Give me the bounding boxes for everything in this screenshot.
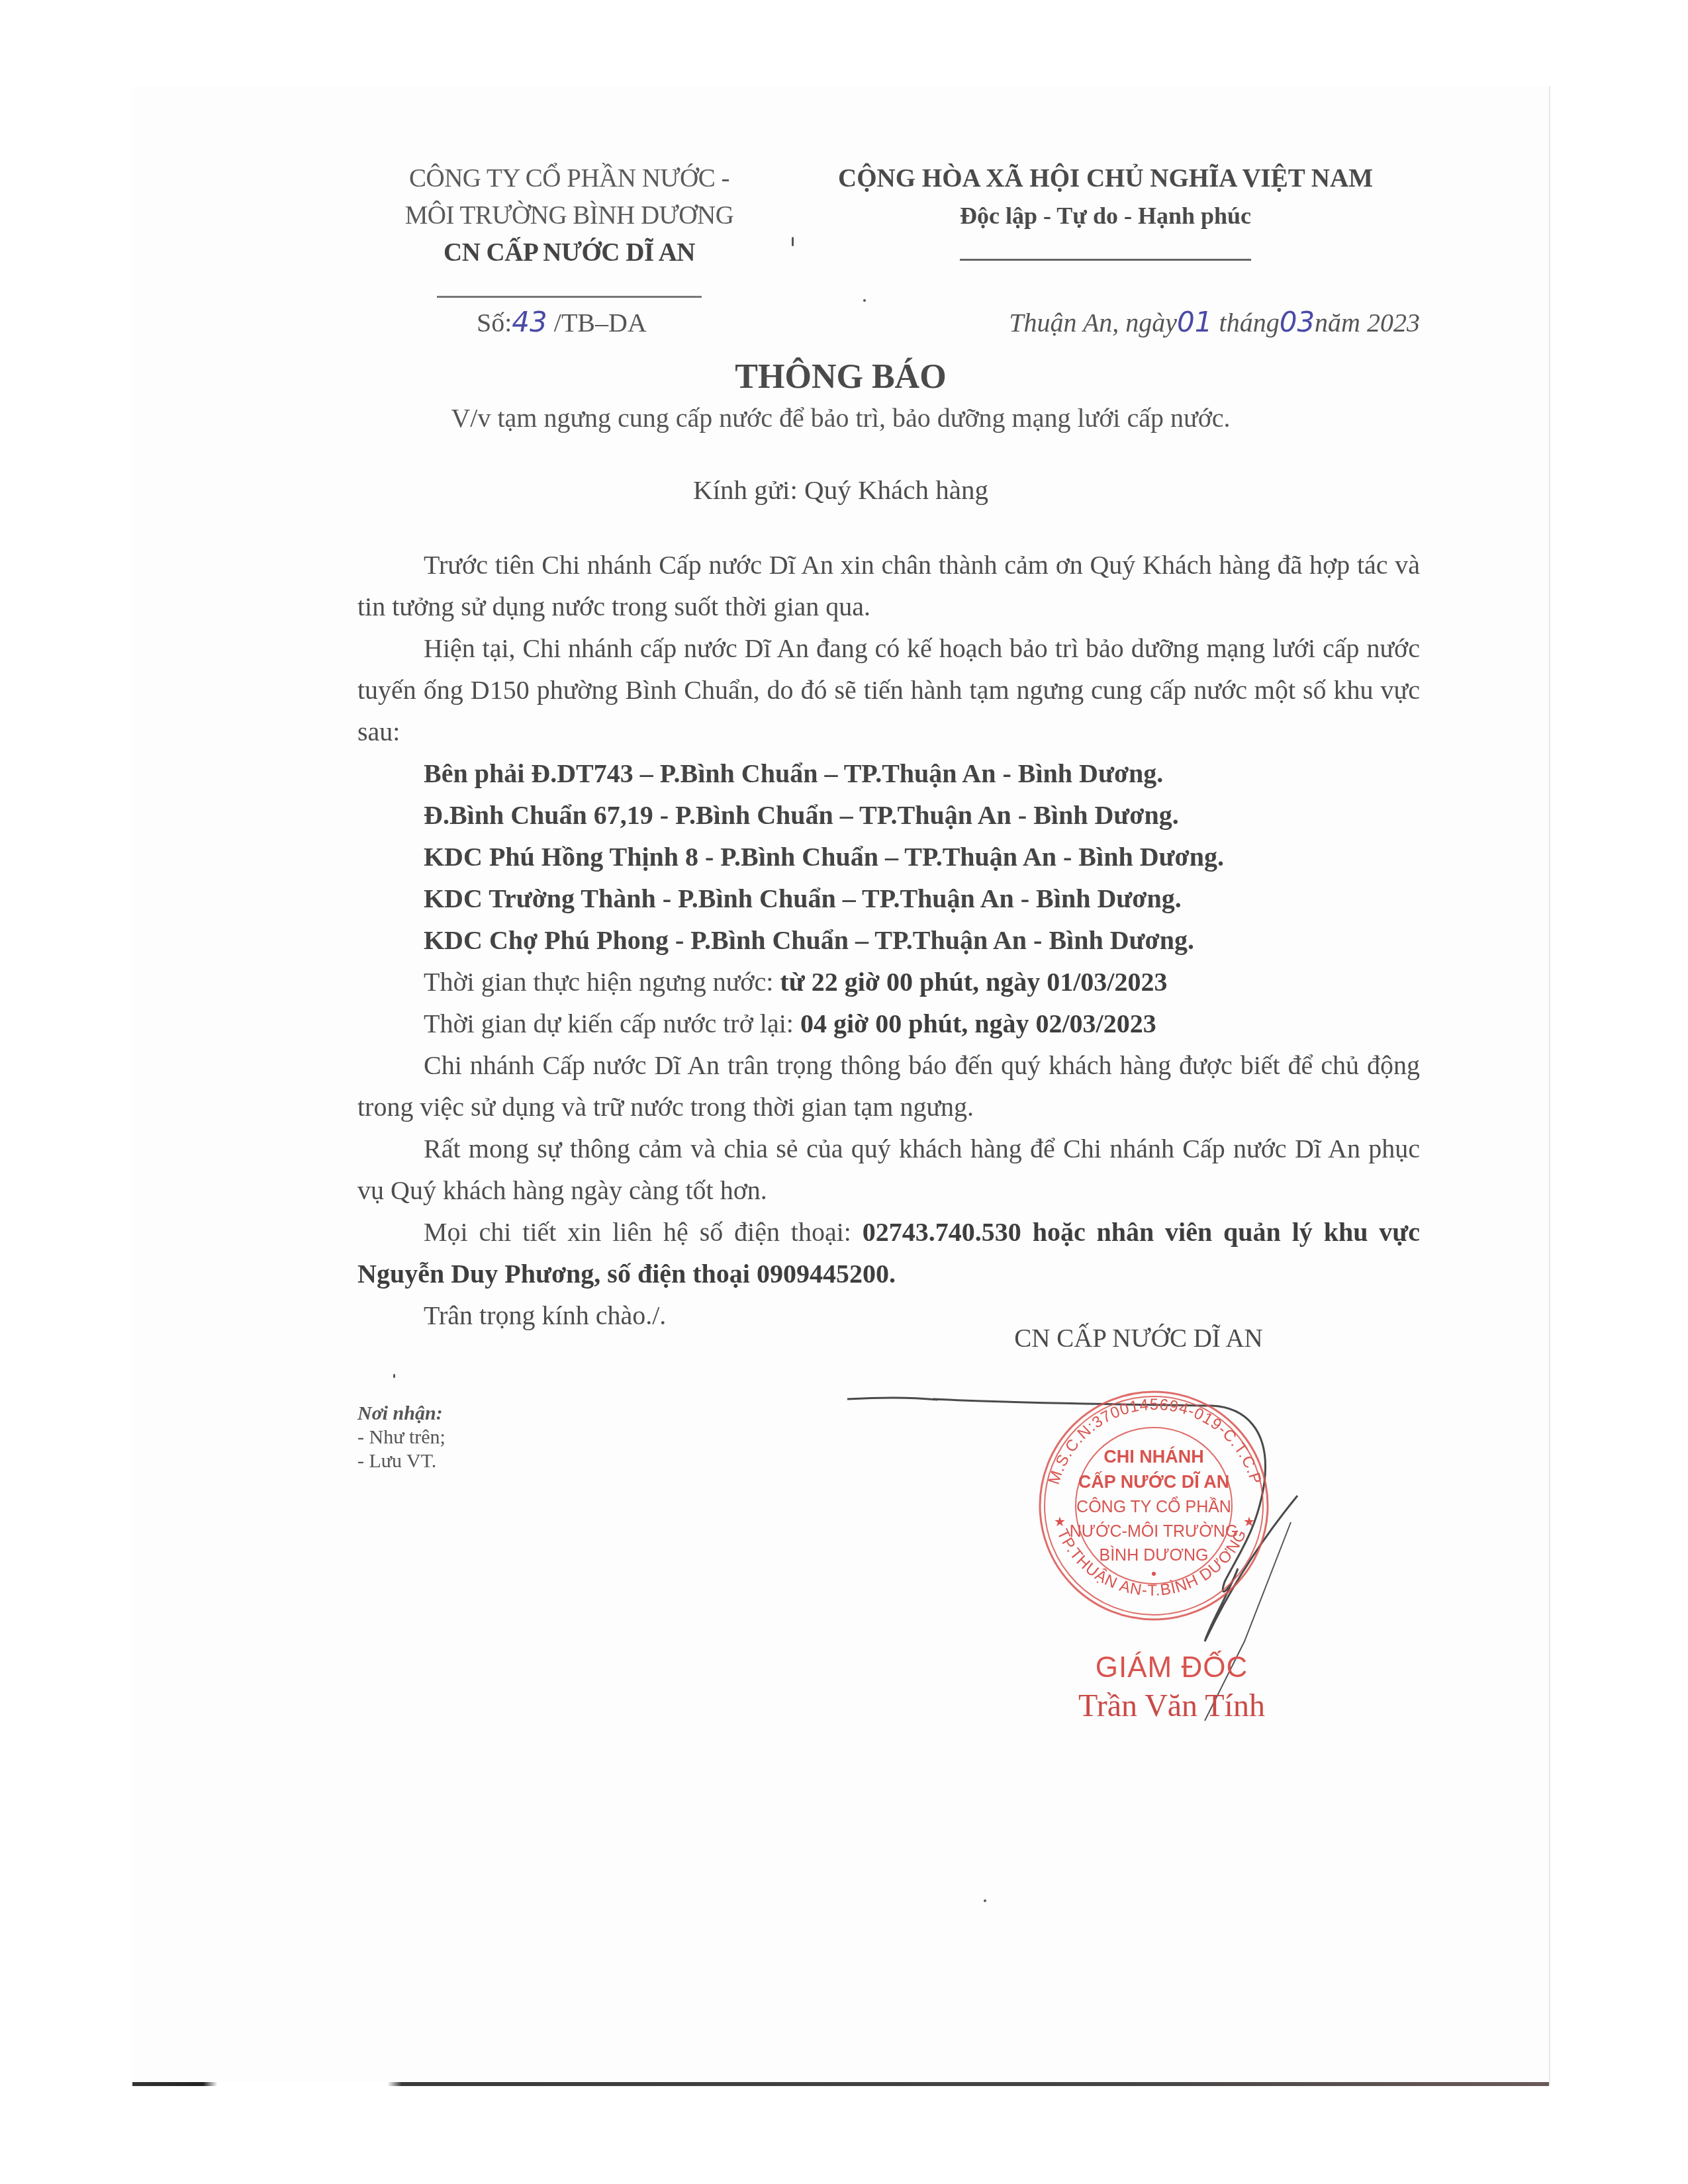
paragraph-notice: Chi nhánh Cấp nước Dĩ An trân trọng thôn… <box>357 1044 1420 1128</box>
document-title: THÔNG BÁO <box>132 357 1549 396</box>
affected-area: KDC Phú Hồng Thịnh 8 - P.Bình Chuẩn – TP… <box>357 836 1420 878</box>
paragraph-thanks: Trước tiên Chi nhánh Cấp nước Dĩ An xin … <box>357 544 1420 627</box>
issuing-organization: CÔNG TY CỔ PHẦN NƯỚC - MÔI TRƯỜNG BÌNH D… <box>371 160 768 308</box>
date-month-label: tháng <box>1213 308 1280 338</box>
org-line-2: MÔI TRƯỜNG BÌNH DƯƠNG <box>371 197 768 234</box>
national-header: CỘNG HÒA XÃ HỘI CHỦ NGHĨA VIỆT NAM Độc l… <box>788 160 1423 271</box>
resume-time-label: Thời gian dự kiến cấp nước trở lại: <box>424 1009 800 1038</box>
scan-speck <box>393 1374 395 1378</box>
date-day: 01 <box>1177 306 1212 338</box>
document-number: Số:43 /TB–DA <box>477 306 647 338</box>
national-motto: Độc lập - Tự do - Hạnh phúc <box>788 197 1423 234</box>
contact-label: Mọi chi tiết xin liên hệ số điện thoại: <box>424 1217 863 1247</box>
affected-area: KDC Chợ Phú Phong - P.Bình Chuẩn – TP.Th… <box>357 919 1420 961</box>
scan-speck <box>863 299 866 302</box>
doc-number-suffix: /TB–DA <box>547 308 647 338</box>
stamp-line: CÔNG TY CỔ PHẦN <box>1076 1496 1231 1516</box>
recipient-item: - Như trên; <box>357 1426 445 1449</box>
stamp-line: BÌNH DƯƠNG <box>1099 1545 1208 1565</box>
paragraph-apology: Rất mong sự thông cảm và chia sẻ của quý… <box>357 1128 1420 1211</box>
stop-time-label: Thời gian thực hiện ngưng nước: <box>424 967 780 997</box>
contact-info: Mọi chi tiết xin liên hệ số điện thoại: … <box>357 1211 1420 1295</box>
org-line-1: CÔNG TY CỔ PHẦN NƯỚC - <box>371 160 768 197</box>
affected-area: KDC Trường Thành - P.Bình Chuẩn – TP.Thu… <box>357 878 1420 919</box>
signer-role: GIÁM ĐỐC <box>1019 1651 1324 1684</box>
paragraph-plan: Hiện tại, Chi nhánh cấp nước Dĩ An đang … <box>357 627 1420 752</box>
date-place: Thuận An, ngày <box>1009 308 1177 338</box>
stamp-line: NƯỚC-MÔI TRƯỜNG <box>1070 1522 1239 1541</box>
page-bottom-edge <box>132 2082 1549 2086</box>
affected-area: Đ.Bình Chuẩn 67,19 - P.Bình Chuẩn – TP.T… <box>357 794 1420 836</box>
resume-time: Thời gian dự kiến cấp nước trở lại: 04 g… <box>357 1003 1420 1044</box>
document-body: Trước tiên Chi nhánh Cấp nước Dĩ An xin … <box>357 544 1420 1336</box>
svg-text:★: ★ <box>1243 1514 1255 1529</box>
stop-time: Thời gian thực hiện ngưng nước: từ 22 gi… <box>357 961 1420 1003</box>
motto-underline <box>960 259 1251 261</box>
stamp-line: CHI NHÁNH <box>1103 1446 1204 1467</box>
greeting: Kính gửi: Quý Khách hàng <box>132 474 1549 506</box>
date-month: 03 <box>1280 306 1315 338</box>
document-date: Thuận An, ngày01 tháng03năm 2023 <box>953 306 1420 338</box>
recipients-title: Nơi nhận: <box>357 1402 445 1426</box>
affected-area: Bên phải Đ.DT743 – P.Bình Chuẩn – TP.Thu… <box>357 752 1420 794</box>
date-year: năm 2023 <box>1315 308 1420 338</box>
org-line-3: CN CẤP NƯỚC DĨ AN <box>371 234 768 271</box>
recipient-item: - Lưu VT. <box>357 1449 445 1473</box>
national-title: CỘNG HÒA XÃ HỘI CHỦ NGHĨA VIỆT NAM <box>788 160 1423 197</box>
scan-speck <box>792 237 794 246</box>
stamp-line: CẤP NƯỚC DĨ AN <box>1078 1471 1229 1492</box>
recipients-block: Nơi nhận: - Như trên; - Lưu VT. <box>357 1402 445 1473</box>
org-underline <box>437 296 702 298</box>
doc-number-prefix: Số: <box>477 308 512 338</box>
svg-text:★: ★ <box>1054 1514 1066 1529</box>
signature-organization: CN CẤP NƯỚC DĨ AN <box>940 1324 1337 1353</box>
company-stamp: M.S.C.N:3700145694-019-C.T.C.P TP.THUẬN … <box>993 1377 1311 1628</box>
doc-number-handwritten: 43 <box>512 306 547 338</box>
signer-name: Trần Văn Tính <box>1019 1688 1324 1724</box>
stop-time-value: từ 22 giờ 00 phút, ngày 01/03/2023 <box>780 967 1167 997</box>
scan-speck <box>984 1899 986 1902</box>
resume-time-value: 04 giờ 00 phút, ngày 02/03/2023 <box>800 1009 1156 1038</box>
document-subject: V/v tạm ngưng cung cấp nước để bảo trì, … <box>132 402 1549 433</box>
